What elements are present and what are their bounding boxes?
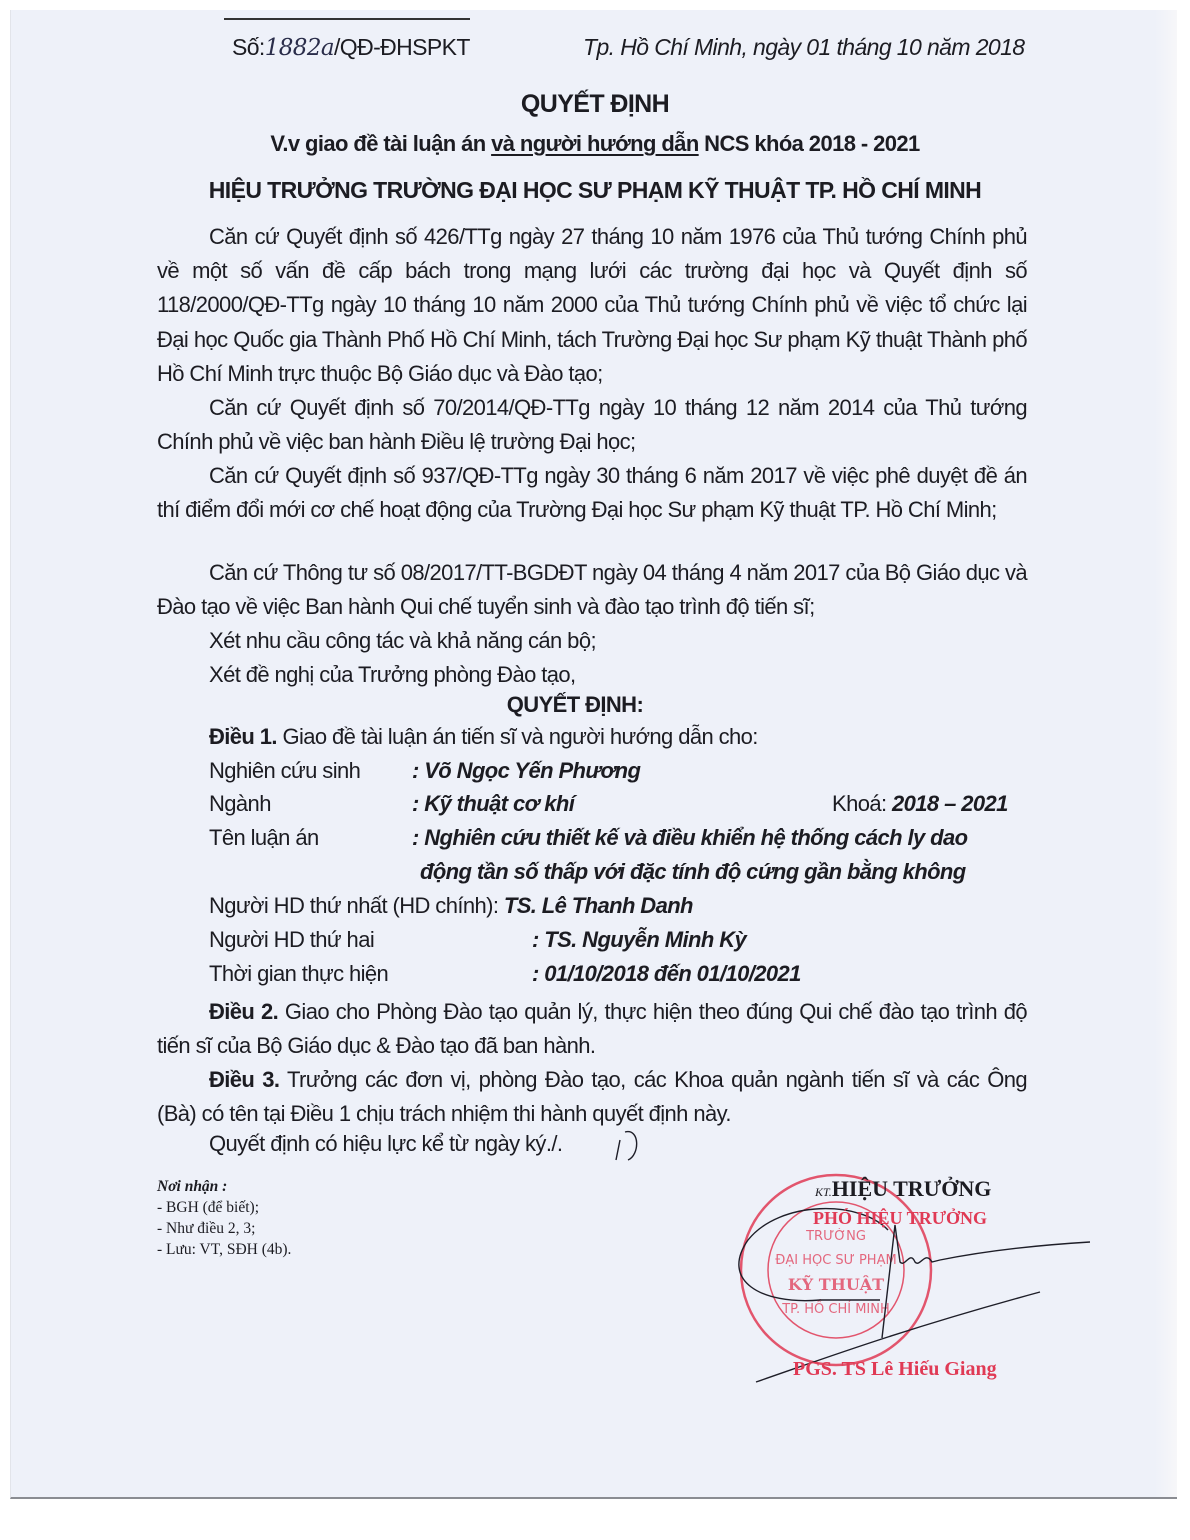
signer-name: PGS. TS Lê Hiếu Giang (793, 1358, 997, 1381)
vice-rector-title: PHÓ HIỆU TRƯỞNG (813, 1208, 987, 1229)
stamp-line-4: TP. HỒ CHÍ MINH (781, 1300, 890, 1317)
stamp-line-3: KỸ THUẬT (788, 1273, 884, 1294)
official-stamp-and-signature: TRƯỜNG ĐẠI HỌC SƯ PHẠM KỸ THUẬT TP. HỒ C… (0, 0, 1190, 1540)
signature-prefix: KT. (815, 1185, 832, 1199)
signature-title: KT.HIỆU TRƯỞNG (815, 1176, 991, 1202)
signature-title-text: HIỆU TRƯỞNG (832, 1176, 992, 1201)
stamp-line-1: TRƯỜNG (805, 1228, 866, 1244)
stamp-line-2: ĐẠI HỌC SƯ PHẠM (775, 1253, 896, 1268)
